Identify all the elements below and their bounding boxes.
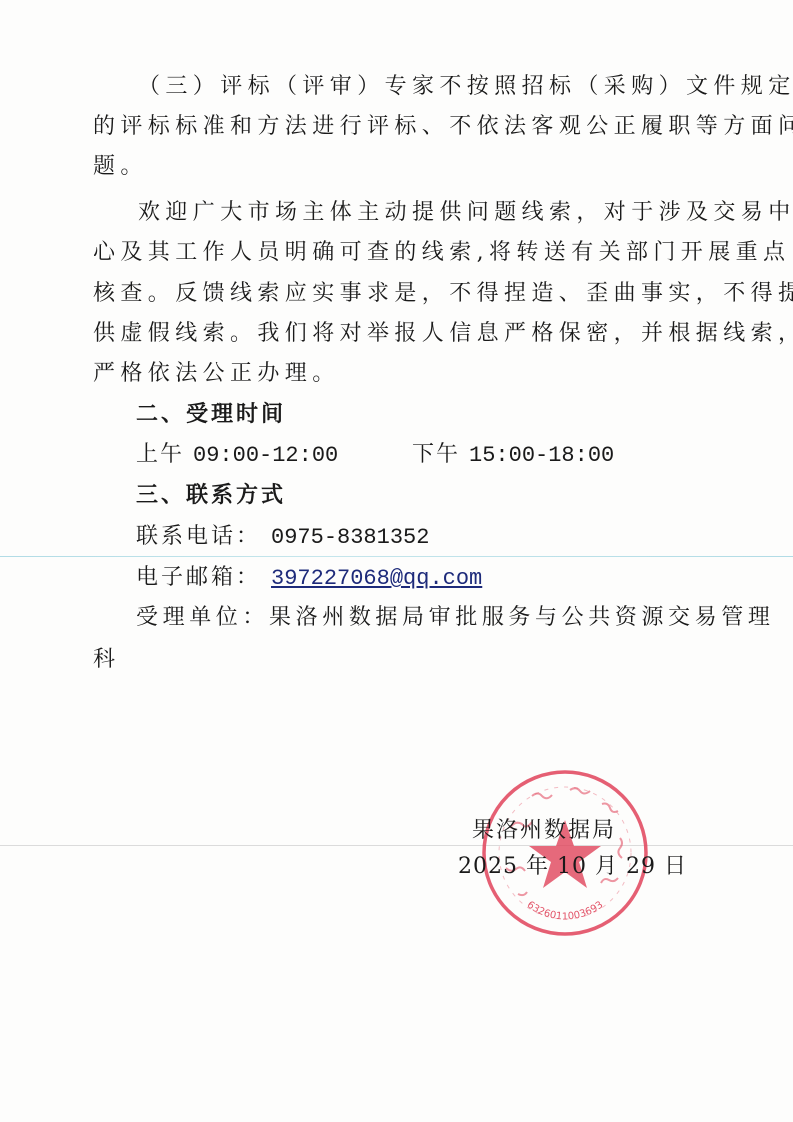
paragraph-line: 严格依法公正办理。 (93, 359, 340, 389)
morning-label: 上午 (136, 442, 184, 467)
contact-phone: 联系电话： 0975-8381352 (136, 522, 429, 553)
scan-artifact-line (0, 556, 793, 557)
seal-code: 6326011003693 (525, 900, 606, 923)
paragraph-line: 题。 (93, 152, 148, 182)
phone-number: 0975-8381352 (271, 525, 429, 550)
contact-unit: 受理单位：果洛州数据局审批服务与公共资源交易管理 (136, 603, 774, 633)
signature-organization: 果洛州数据局 (472, 816, 616, 846)
afternoon-label: 下午 (412, 442, 460, 467)
phone-label: 联系电话： (136, 524, 261, 549)
morning-time: 09:00-12:00 (193, 443, 338, 468)
contact-email: 电子邮箱： 397227068@qq.com (136, 563, 482, 594)
section-heading-contact: 三、联系方式 (136, 481, 286, 511)
email-link[interactable]: 397227068@qq.com (271, 566, 482, 591)
paragraph-line: 的评标标准和方法进行评标、不依法客观公正履职等方面问 (93, 112, 793, 142)
afternoon-time: 15:00-18:00 (469, 443, 614, 468)
section-heading-hours: 二、受理时间 (136, 400, 286, 430)
paragraph-line: 心及其工作人员明确可查的线索,将转送有关部门开展重点 (93, 238, 790, 268)
paragraph-line: 供虚假线索。我们将对举报人信息严格保密，并根据线索， (93, 319, 793, 349)
scan-artifact-line (0, 845, 793, 846)
paragraph-line: （三）评标（评审）专家不按照招标（采购）文件规定 (138, 72, 793, 102)
svg-text:6326011003693: 6326011003693 (525, 900, 606, 923)
document-page: （三）评标（评审）专家不按照招标（采购）文件规定 的评标标准和方法进行评标、不依… (0, 0, 793, 1122)
unit-name: 果洛州数据局审批服务与公共资源交易管理 (269, 605, 774, 630)
paragraph-line: 核查。反馈线索应实事求是，不得捏造、歪曲事实，不得提 (93, 279, 793, 309)
unit-label: 受理单位： (136, 605, 269, 630)
hours-morning: 上午 09:00-12:00 (136, 440, 338, 471)
hours-afternoon: 下午 15:00-18:00 (412, 440, 614, 471)
paragraph-line: 欢迎广大市场主体主动提供问题线索，对于涉及交易中 (138, 198, 793, 228)
signature-date: 2025 年 10 月 29 日 (458, 852, 687, 882)
email-label: 电子邮箱： (136, 565, 261, 590)
unit-name-continued: 科 (93, 645, 120, 675)
